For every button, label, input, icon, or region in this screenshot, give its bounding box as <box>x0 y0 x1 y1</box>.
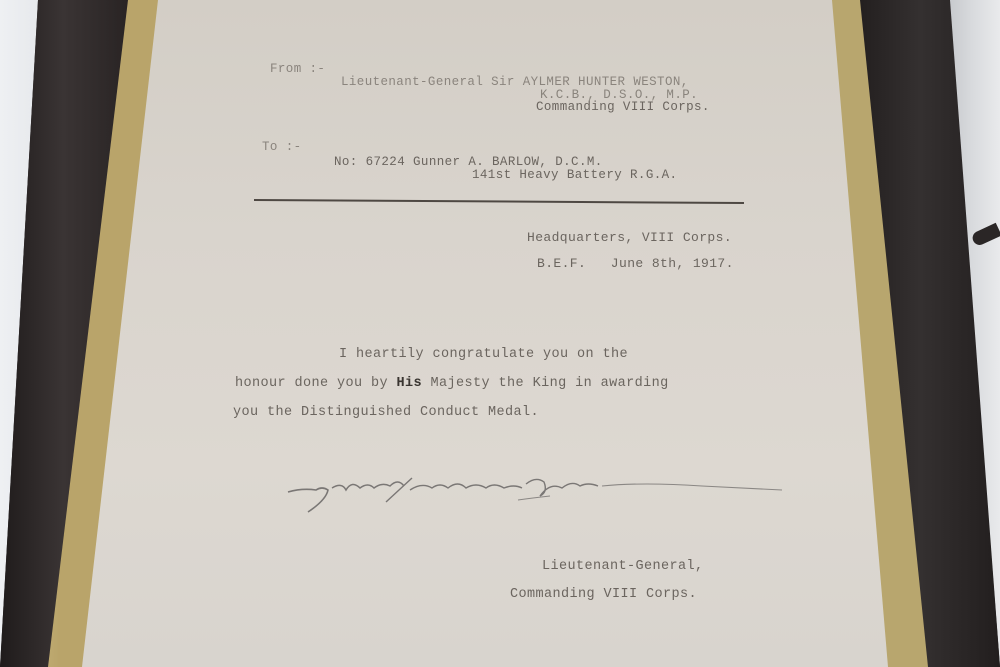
closing-line-1: Lieutenant-General, <box>542 559 704 574</box>
to-line-1: No: 67224 Gunner A. BARLOW, D.C.M. <box>334 155 603 169</box>
body-line-2-start: honour done you by <box>235 376 397 391</box>
from-label: From :- <box>270 62 325 76</box>
body-line-2-end: Majesty the King in awarding <box>422 376 669 391</box>
address-line-2: B.E.F. June 8th, 1917. <box>537 256 734 271</box>
from-line-1: Lieutenant-General Sir AYLMER HUNTER WES… <box>341 75 689 89</box>
address-line-1: Headquarters, VIII Corps. <box>527 230 732 245</box>
signature-icon <box>282 472 792 522</box>
body-line-2-his: His <box>397 376 423 391</box>
body-line-2: honour done you by His Majesty the King … <box>235 376 669 391</box>
body-line-3: you the Distinguished Conduct Medal. <box>233 405 539 420</box>
from-line-3: Commanding VIII Corps. <box>536 100 710 114</box>
divider-rule <box>254 199 744 203</box>
to-label: To :- <box>262 140 302 154</box>
body-line-1: I heartily congratulate you on the <box>339 347 628 362</box>
closing-line-2: Commanding VIII Corps. <box>510 587 697 602</box>
to-line-2: 141st Heavy Battery R.G.A. <box>472 168 677 182</box>
letter-document: From :- Lieutenant-General Sir AYLMER HU… <box>0 0 1000 667</box>
